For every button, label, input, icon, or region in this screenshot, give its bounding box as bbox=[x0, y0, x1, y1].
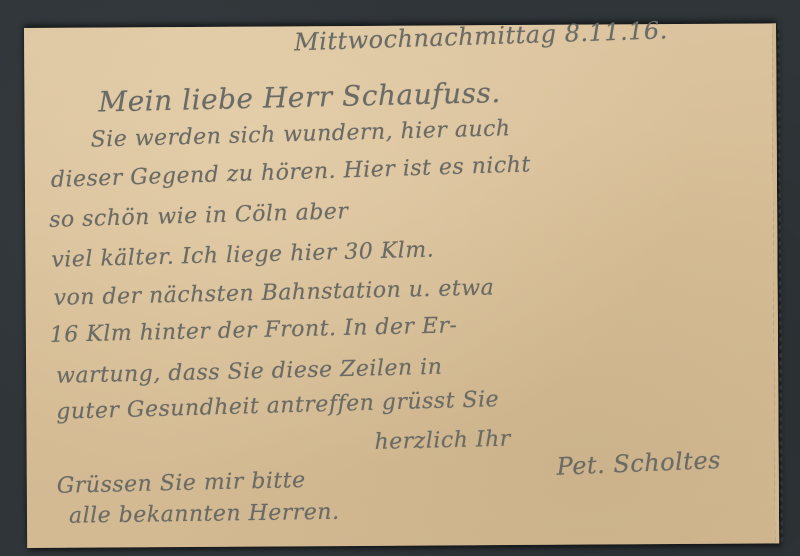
body-line: von der nächsten Bahnstation u. etwa bbox=[53, 275, 494, 310]
body-line: dieser Gegend zu hören. Hier ist es nich… bbox=[51, 152, 532, 192]
postcard: Mittwochnachmittag 8.11.16. Mein liebe H… bbox=[24, 23, 779, 548]
body-line: 16 Klm hinter der Front. In der Er- bbox=[50, 313, 458, 348]
salutation: Mein liebe Herr Schaufuss. bbox=[98, 76, 501, 118]
body-line: so schön wie in Cöln aber bbox=[49, 199, 349, 233]
body-line: guter Gesundheit antreffen grüsst Sie bbox=[56, 387, 499, 425]
perforated-edge bbox=[772, 23, 779, 543]
body-line: wartung, dass Sie diese Zeilen in bbox=[56, 355, 443, 389]
postscript-line: Grüssen Sie mir bitte bbox=[57, 468, 306, 499]
postscript-line: alle bekannten Herren. bbox=[69, 500, 340, 529]
signature: Pet. Scholtes bbox=[556, 446, 721, 481]
body-line: Sie werden sich wundern, hier auch bbox=[90, 116, 511, 152]
closing: herzlich Ihr bbox=[374, 427, 511, 455]
body-line: viel kälter. Ich liege hier 30 Klm. bbox=[51, 237, 434, 272]
